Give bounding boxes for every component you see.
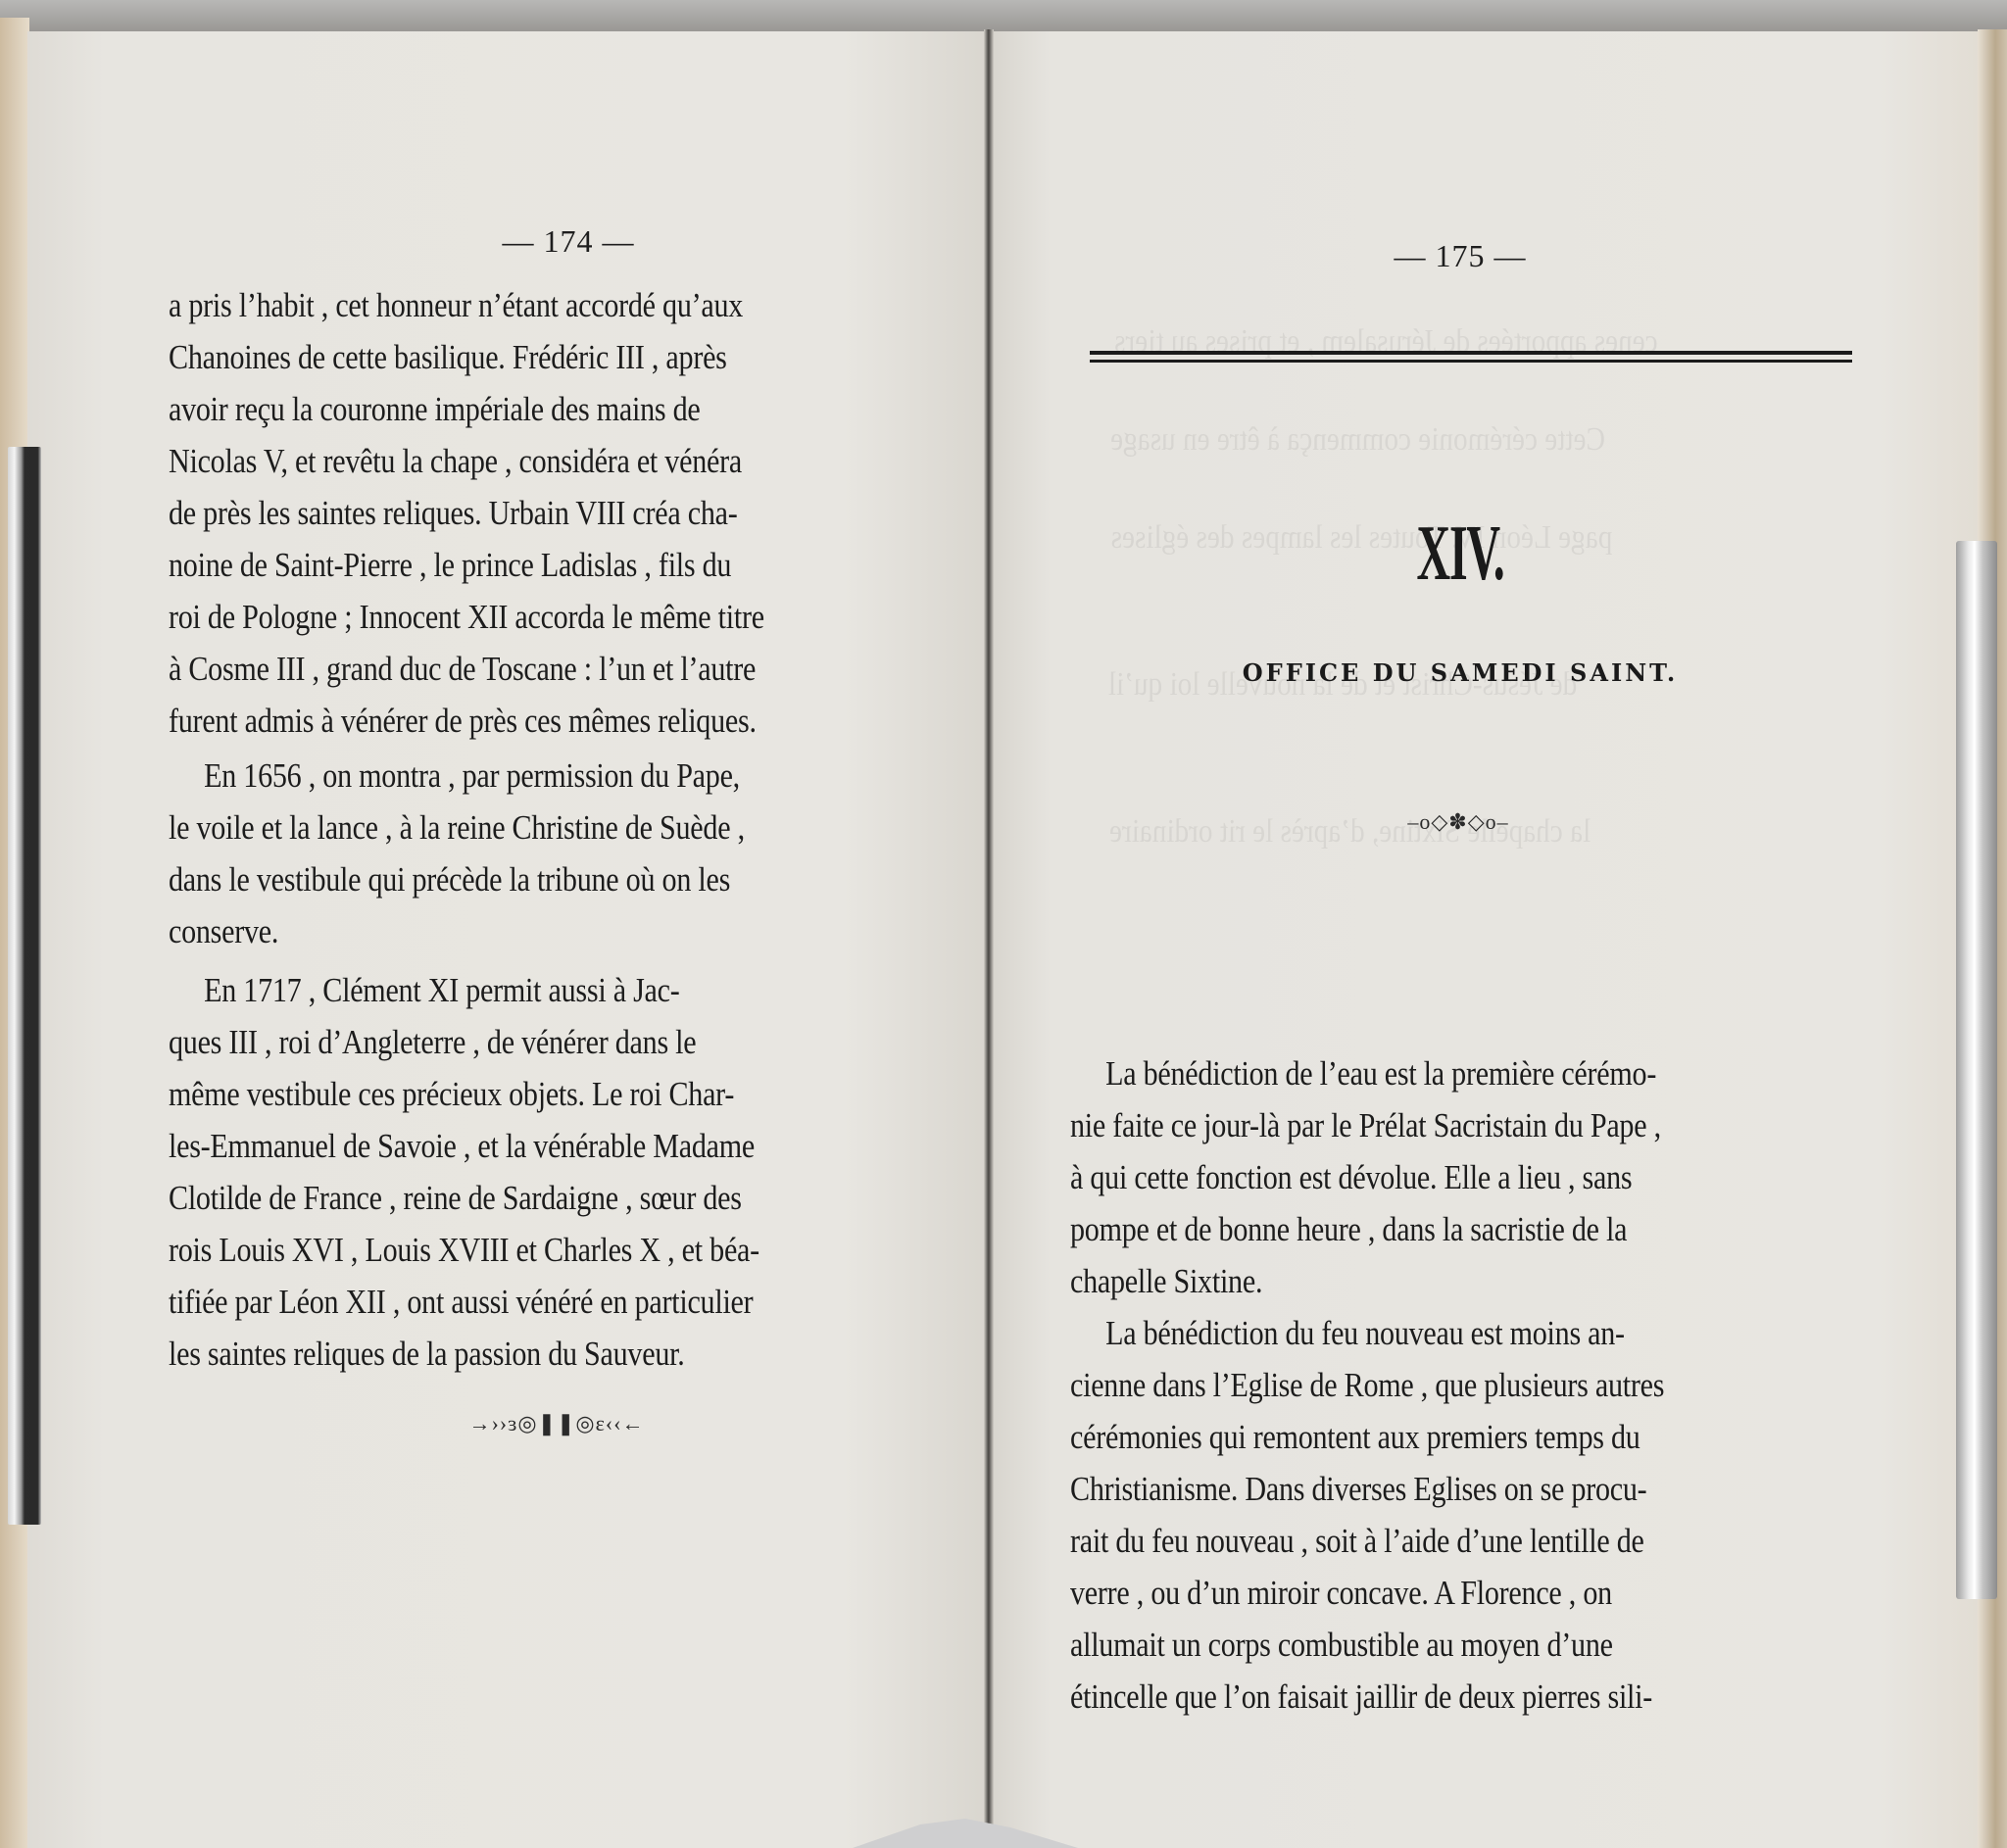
text-line: Clotilde de France , reine de Sardaigne … [169,1179,742,1218]
text-line: Christianisme. Dans diverses Eglises on … [1070,1470,1646,1509]
text-line: conserve. [169,912,278,951]
ornament-flower-icon: –o◇✽◇o– [1407,809,1508,835]
text-line: En 1656 , on montra , par permission du … [169,756,740,796]
text-line: ques III , roi d’Angleterre , de vénérer… [169,1023,696,1062]
text-line: noine de Saint-Pierre , le prince Ladisl… [169,546,731,585]
text-line: allumait un corps combustible au moyen d… [1070,1626,1613,1665]
text-line: à Cosme III , grand duc de Toscane : l’u… [169,650,756,689]
page-clip-right [1956,541,1997,1599]
text-line: rois Louis XVI , Louis XVIII et Charles … [169,1231,759,1270]
chapter-title: OFFICE DU SAMEDI SAINT. [1243,658,1679,687]
text-line: le voile et la lance , à la reine Christ… [169,808,745,848]
text-line: les saintes reliques de la passion du Sa… [169,1335,684,1374]
text-line: étincelle que l’on faisait jaillir de de… [1070,1678,1652,1717]
page-number-right: — 175 — [1395,238,1527,274]
text-line: a pris l’habit , cet honneur n’étant acc… [169,286,743,325]
show-through-text: la chapelle Sixtine, d’après le rit ordi… [1109,813,1591,851]
book-gutter [984,29,994,1848]
show-through-text: Cette cérémonie commença à être en usage [1110,421,1605,459]
double-rule-divider [1090,351,1852,363]
page-clip-left [8,447,41,1525]
text-line: avoir reçu la couronne impériale des mai… [169,390,701,429]
text-line: En 1717 , Clément XI permit aussi à Jac- [169,971,679,1010]
text-line: roi de Pologne ; Innocent XII accorda le… [169,598,764,637]
page-number-left: — 174 — [503,223,635,260]
text-line: les-Emmanuel de Savoie , et la vénérable… [169,1127,755,1166]
text-line: La bénédiction du feu nouveau est moins … [1070,1314,1625,1353]
text-line: pompe et de bonne heure , dans la sacris… [1070,1210,1627,1249]
text-line: cienne dans l’Eglise de Rome , que plusi… [1070,1366,1664,1405]
text-line: chapelle Sixtine. [1070,1262,1262,1301]
text-line: même vestibule ces précieux objets. Le r… [169,1075,734,1114]
text-line: dans le vestibule qui précède la tribune… [169,860,730,900]
text-line: Nicolas V, et revêtu la chape , considér… [169,442,742,481]
text-line: La bénédiction de l’eau est la première … [1070,1054,1656,1094]
text-line: Chanoines de cette basilique. Frédéric I… [169,338,727,377]
show-through-text: page Léon IV. Toutes les lampes des égli… [1111,519,1613,557]
text-line: cérémonies qui remontent aux premiers te… [1070,1418,1640,1457]
text-line: de près les saintes reliques. Urbain VII… [169,494,738,533]
text-line: rait du feu nouveau , soit à l’aide d’un… [1070,1522,1644,1561]
text-line: furent admis à vénérer de près ces mêmes… [169,702,757,741]
text-line: verre , ou d’un miroir concave. A Floren… [1070,1574,1612,1613]
ornament-divider-icon: →››ɜ◎❚❚◎ɛ‹‹← [468,1411,644,1436]
text-line: nie faite ce jour-là par le Prélat Sacri… [1070,1106,1661,1145]
chapter-number: XIV. [1416,510,1503,599]
text-line: tifiée par Léon XII , ont aussi vénéré e… [169,1283,753,1322]
text-line: à qui cette fonction est dévolue. Elle a… [1070,1158,1632,1197]
